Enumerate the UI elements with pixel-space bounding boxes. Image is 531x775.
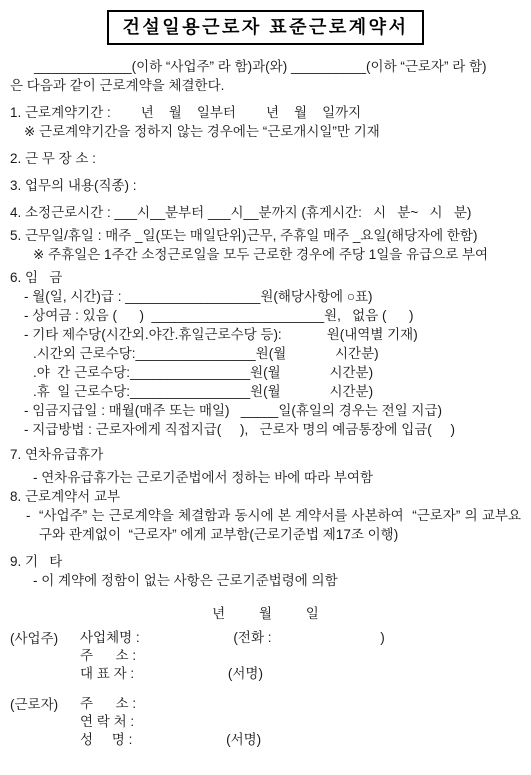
item-workdays-note: ※ 주휴일은 1주간 소정근로일을 모두 근로한 경우에 주당 1일을 유급으로… xyxy=(6,245,525,264)
worker-contact-line: 연 락 처 : xyxy=(80,713,525,731)
item-contract-copy-heading: 8. 근로계약서 교부 xyxy=(6,487,525,506)
document-title: 건설일용근로자 표준근로계약서 xyxy=(123,16,409,38)
wage-payday-line: - 임금지급일 : 매월(매주 또는 매일) _____일(휴일의 경우는 전일… xyxy=(6,401,525,420)
wage-night-line: .야 간 근로수당:________________원(월 시간분) xyxy=(6,363,525,382)
contract-document-page: 건설일용근로자 표준근로계약서 _____________(이하 “사업주” 라… xyxy=(0,0,531,775)
intro-line-agreement: 은 다음과 같이 근로계약을 체결한다. xyxy=(6,76,525,95)
employer-address-line: 주 소 : xyxy=(80,647,525,665)
wage-other-allowance-line: - 기타 제수당(시간외.야간.휴일근로수당 등): 원(내역별 기재) xyxy=(6,325,525,344)
wage-monthly-line: - 월(일, 시간)급 : __________________원(해당사항에 … xyxy=(6,287,525,306)
worker-name-line: 성 명 : (서명) xyxy=(80,731,525,749)
worker-address-line: 주 소 : xyxy=(80,695,525,713)
item-etc-heading: 9. 기 타 xyxy=(6,552,525,571)
signature-date-line: 년 월 일 xyxy=(6,604,525,623)
item-workplace: 2. 근 무 장 소 : xyxy=(6,149,525,168)
employer-representative-line: 대 표 자 : (서명) xyxy=(80,665,525,683)
item-contract-copy-body: - “사업주” 는 근로계약을 체결함과 동시에 본 계약서를 사본하여 “근로… xyxy=(6,506,525,544)
item-etc-body: - 이 계약에 정함이 없는 사항은 근로기준법령에 의함 xyxy=(6,571,525,590)
wage-method-line: - 지급방법 : 근로자에게 직접지급( ), 근로자 명의 예금통장에 입금(… xyxy=(6,420,525,439)
item-contract-period-note: ※ 근로계약기간을 정하지 않는 경우에는 “근로개시일”만 기재 xyxy=(6,122,525,141)
item-annual-leave-heading: 7. 연차유급휴가 xyxy=(6,445,525,464)
item-job-content: 3. 업무의 내용(직종) : xyxy=(6,176,525,195)
item-work-hours: 4. 소정근로시간 : ___시__분부터 ___시__분까지 (휴게시간: 시… xyxy=(6,203,525,222)
employer-signature-block: (사업주) 사업체명 : (전화 : ) 주 소 : 대 표 자 : (서명) xyxy=(6,629,525,683)
document-title-box: 건설일용근로자 표준근로계약서 xyxy=(107,10,425,45)
intro-line-parties: _____________(이하 “사업주” 라 함)과(와) ________… xyxy=(6,57,525,76)
wage-overtime-line: .시간외 근로수당:________________원(월 시간분) xyxy=(6,344,525,363)
item-workdays-holidays: 5. 근무일/휴일 : 매주 _일(또는 매일단위)근무, 주휴일 매주 _요일… xyxy=(6,226,525,245)
item-wage-heading: 6. 임 금 xyxy=(6,268,525,287)
worker-label: (근로자) xyxy=(10,695,80,714)
item-annual-leave-body: - 연차유급휴가는 근로기준법에서 정하는 바에 따라 부여함 xyxy=(6,468,525,487)
employer-company-line: 사업체명 : (전화 : ) xyxy=(80,629,525,647)
wage-bonus-line: - 상여금 : 있음 ( ) _______________________원,… xyxy=(6,306,525,325)
item-contract-period: 1. 근로계약기간 : 년 월 일부터 년 월 일까지 xyxy=(6,103,525,122)
worker-signature-block: (근로자) 주 소 : 연 락 처 : 성 명 : (서명) xyxy=(6,695,525,749)
wage-holiday-line: .휴 일 근로수당:________________원(월 시간분) xyxy=(6,382,525,401)
employer-label: (사업주) xyxy=(10,629,80,648)
